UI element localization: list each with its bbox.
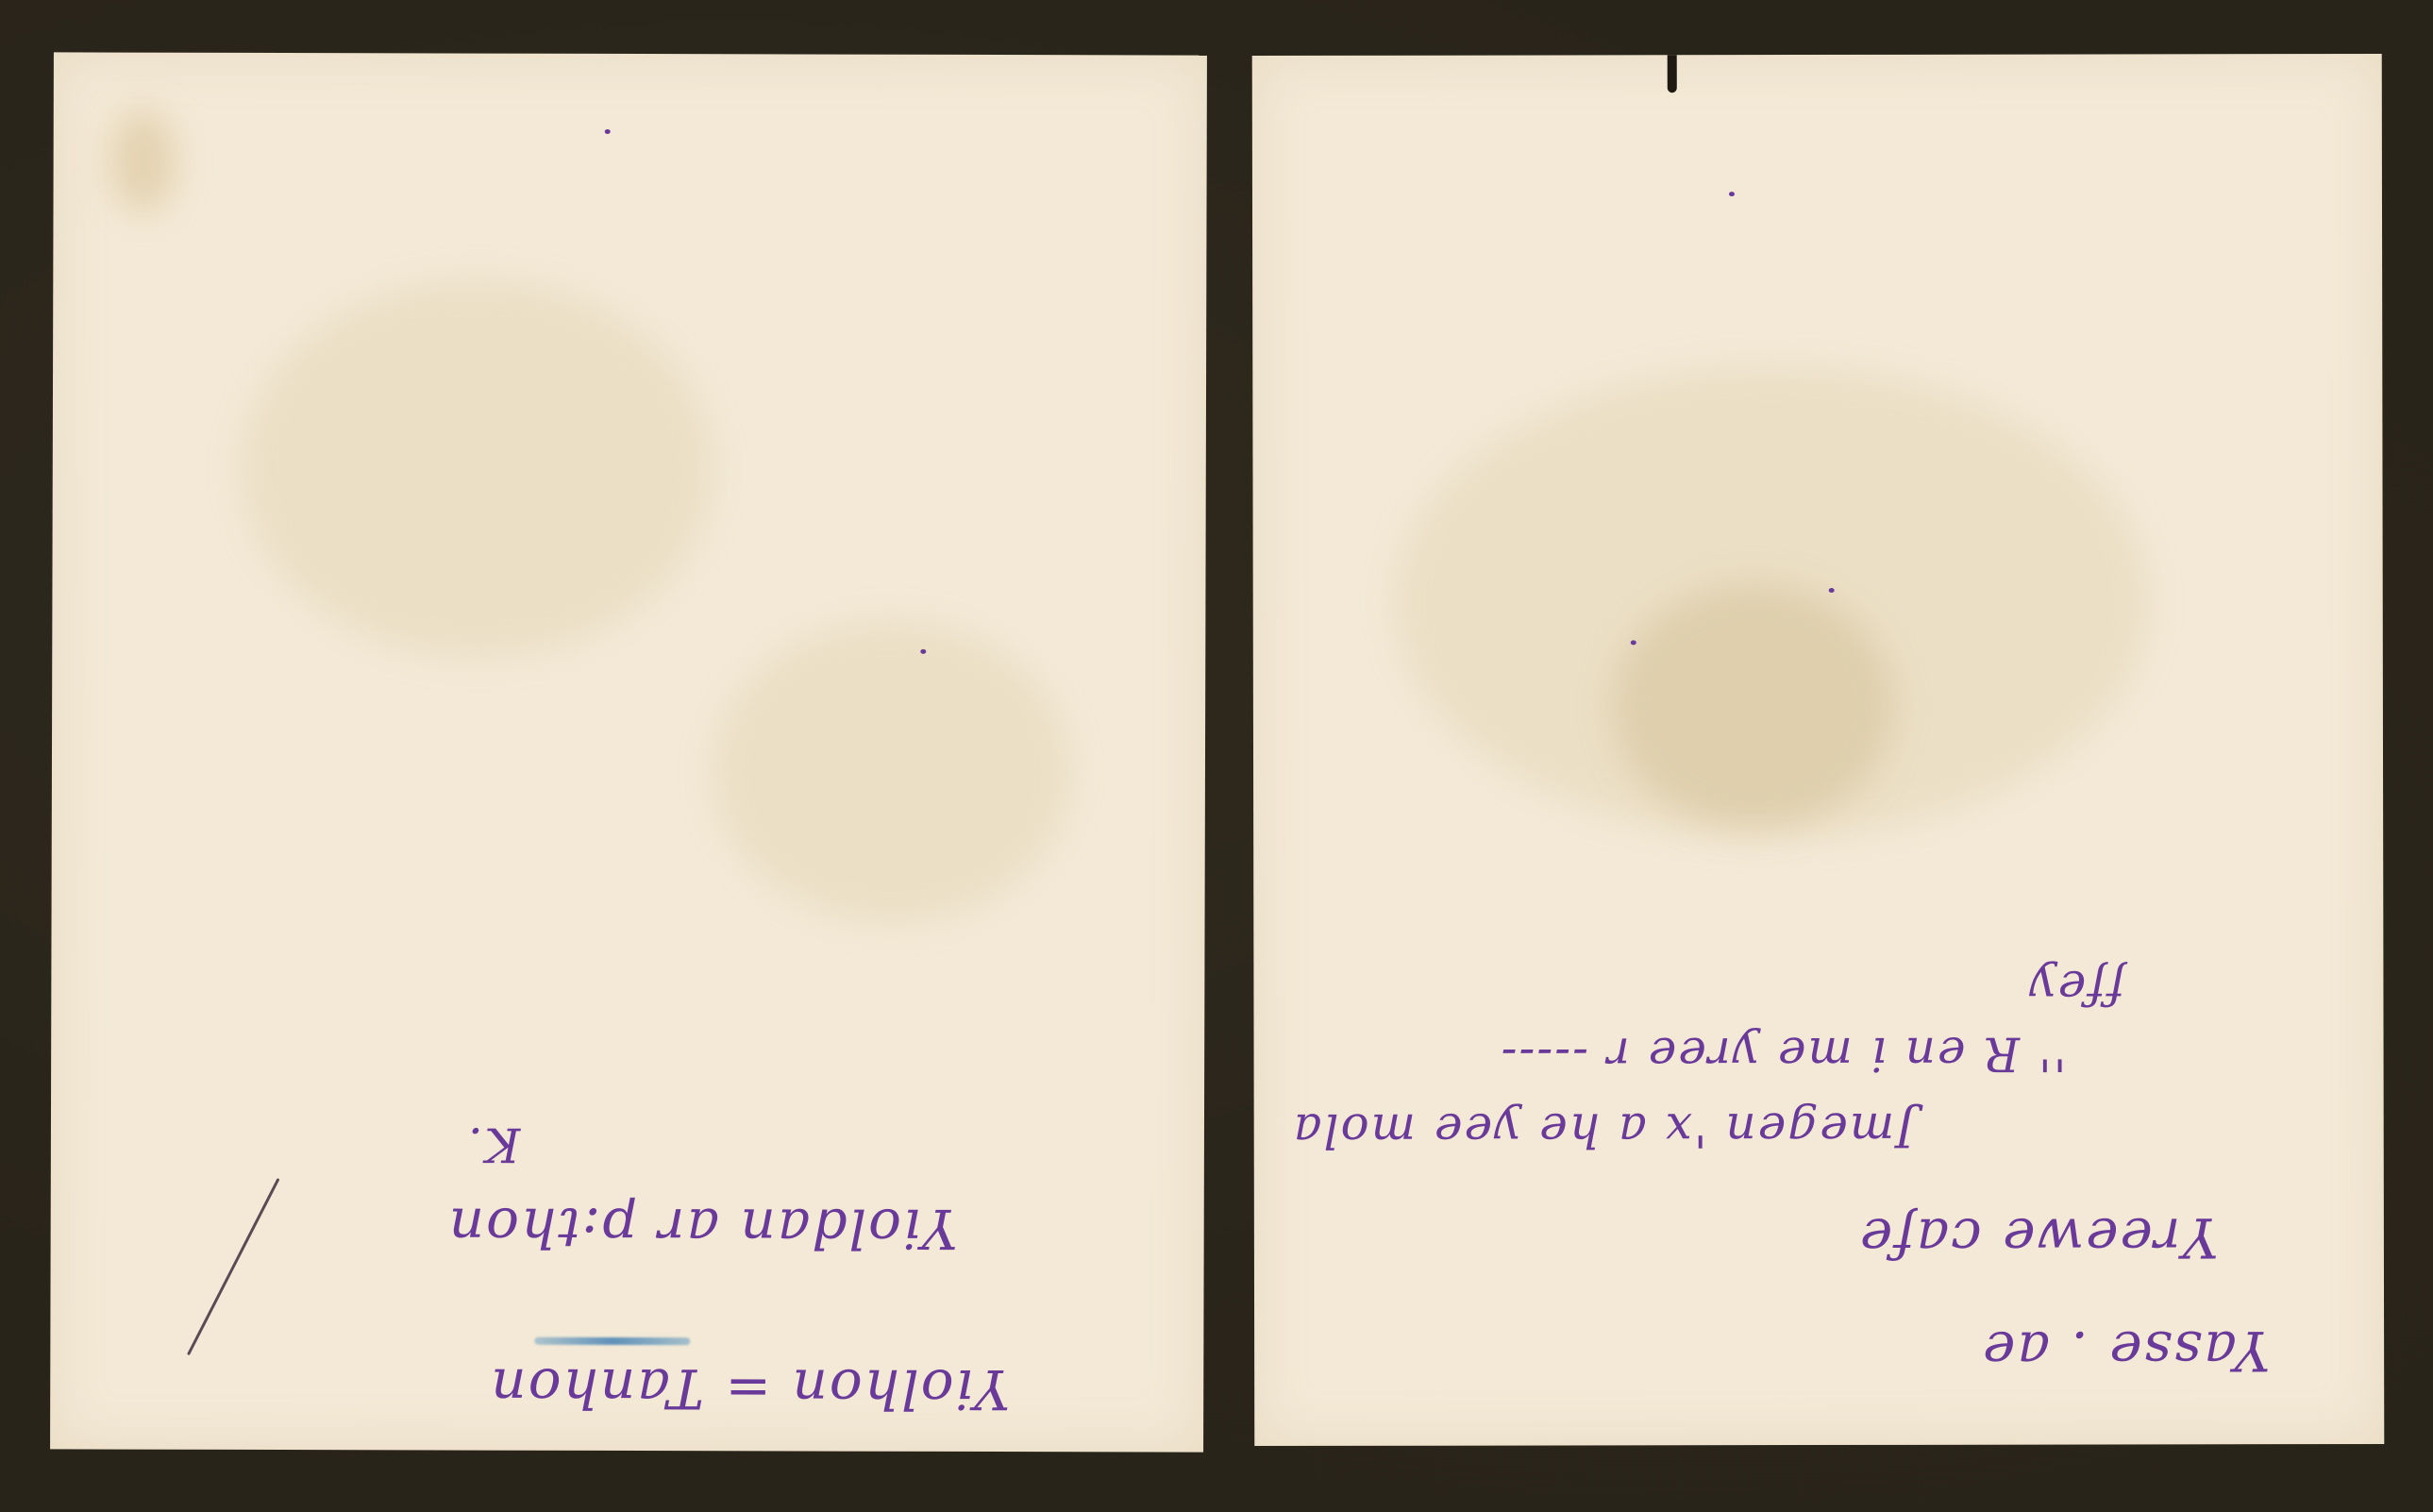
handwritten-line-3: K. xyxy=(466,1117,520,1172)
handwritten-line-3: Jmegen 'x a he yee mola xyxy=(1292,1102,1916,1158)
ink-speck xyxy=(920,649,926,654)
handwritten-line-2: Yioldan ar p:thon xyxy=(447,1195,958,1260)
ink-speck xyxy=(1631,640,1636,645)
pencil-slash-mark xyxy=(187,1178,279,1355)
ink-speck xyxy=(1829,588,1835,593)
handwritten-line-1: Yasse . ae xyxy=(1981,1319,2271,1384)
handwritten-line-1: Yiolhon = Tanhon xyxy=(489,1356,1010,1421)
blue-pencil-underline xyxy=(534,1337,690,1345)
handwritten-line-2: Yreewe cafe xyxy=(1858,1205,2219,1270)
discoloration xyxy=(713,620,1072,923)
left-sheet: K. Yioldan ar p:thon Yiolhon = Tanhon xyxy=(50,52,1207,1452)
discoloration xyxy=(241,279,713,658)
right-sheet: ffey '' R en i me yree r ----- Jmegen 'x… xyxy=(1252,54,2385,1446)
water-stain xyxy=(109,109,176,213)
handwritten-line-5: ffey xyxy=(2027,960,2124,1015)
ink-speck xyxy=(605,129,611,134)
discoloration xyxy=(1612,583,1895,830)
handwritten-line-4: '' R en i me yree r ----- xyxy=(1500,1027,2067,1083)
ink-speck xyxy=(1729,192,1735,196)
paper-tear xyxy=(1668,55,1677,92)
